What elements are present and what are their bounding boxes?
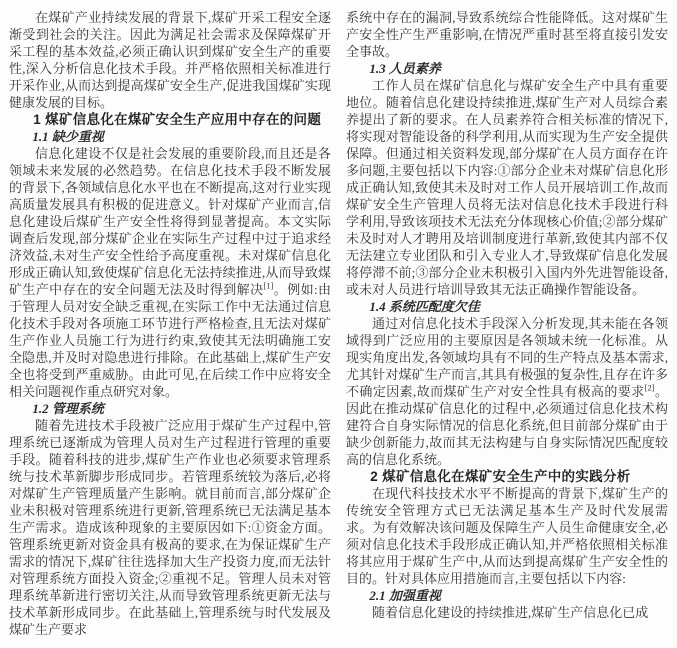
citation-ref: [1] <box>263 281 273 291</box>
continued-paragraph: 系统中存在的漏洞,导致系统综合性能降低。这对煤矿生产安全性产生严重影响,在情况严… <box>346 9 668 60</box>
subsection-1-4-paragraph: 通过对信息化技术手段深入分析发现,其未能在各领域得到广泛应用的主要原因是各领域未… <box>346 315 668 468</box>
subsection-2-1-heading: 2.1 加强重视 <box>346 587 668 604</box>
intro-paragraph: 在煤矿产业持续发展的背景下,煤矿开采工程安全逐渐受到社会的关注。因此为满足社会需… <box>9 9 331 111</box>
right-column: 系统中存在的漏洞,导致系统综合性能降低。这对煤矿生产安全性产生严重影响,在情况严… <box>346 9 668 648</box>
subsection-1-4-heading: 1.4 系统匹配度欠佳 <box>346 298 668 315</box>
section-2-paragraph: 在现代科技技术水平不断提高的背景下,煤矿生产的传统安全管理方式已无法满足基本生产… <box>346 485 668 587</box>
subsection-2-1-paragraph: 随着信息化建设的持续推进,煤矿生产信息化已成 <box>346 604 668 621</box>
document-page: 在煤矿产业持续发展的背景下,煤矿开采工程安全逐渐受到社会的关注。因此为满足社会需… <box>0 0 677 648</box>
subsection-1-1-heading: 1.1 缺少重视 <box>9 128 331 145</box>
left-column: 在煤矿产业持续发展的背景下,煤矿开采工程安全逐渐受到社会的关注。因此为满足社会需… <box>9 9 331 648</box>
subsection-1-2-paragraph: 随着先进技术手段被广泛应用于煤矿生产过程中,管理系统已逐渐成为管理人员对生产过程… <box>9 417 331 638</box>
subsection-1-3-paragraph: 工作人员在煤矿信息化与煤矿安全生产中具有重要地位。随着信息化建设持续推进,煤矿生… <box>346 77 668 298</box>
subsection-1-1-paragraph: 信息化建设不仅是社会发展的重要阶段,而且还是各领域未来发展的必然趋势。在信息化技… <box>9 145 331 400</box>
subsection-1-3-heading: 1.3 人员素养 <box>346 60 668 77</box>
citation-ref: [2] <box>645 383 655 393</box>
subsection-1-2-heading: 1.2 管理系统 <box>9 400 331 417</box>
section-1-heading: 1 煤矿信息化在煤矿安全生产应用中存在的问题 <box>9 111 331 128</box>
section-2-heading: 2 煤矿信息化在煤矿安全生产中的实践分析 <box>346 468 668 485</box>
